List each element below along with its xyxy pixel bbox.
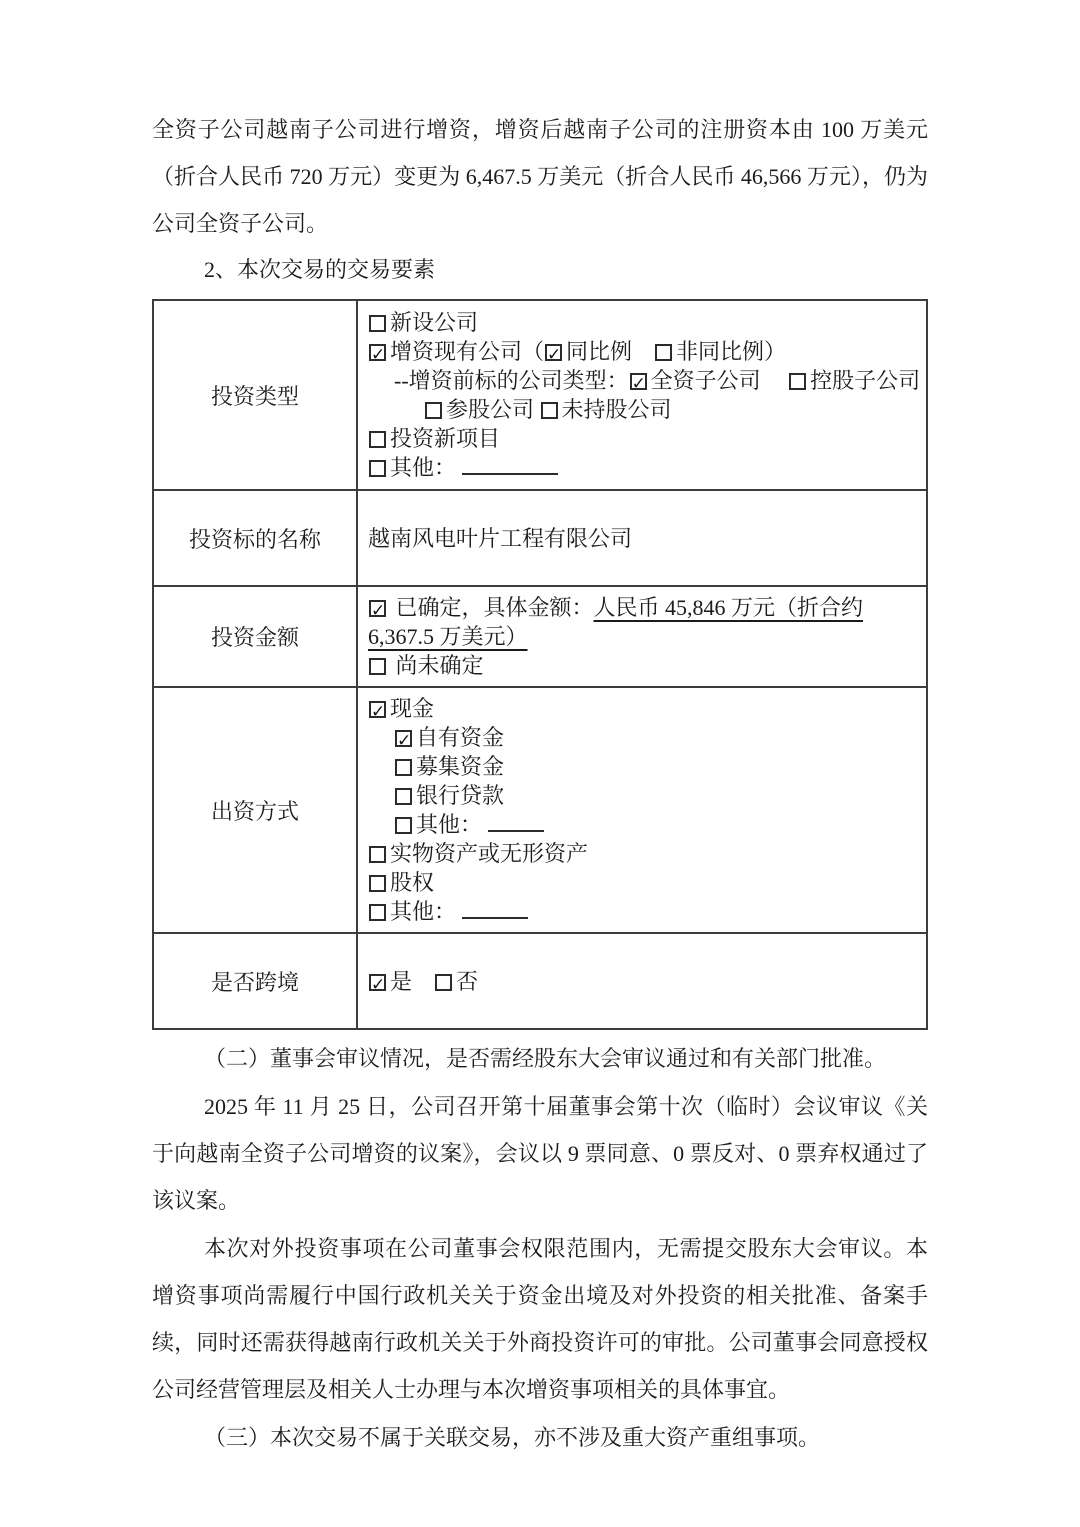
row-content: 现金自有资金募集资金银行贷款其他：实物资产或无形资产股权其他： — [357, 687, 927, 933]
text-segment: 是 否 — [368, 969, 478, 994]
cell-line: --增资前标的公司类型：全资子公司 控股子公司 — [368, 366, 912, 395]
transaction-elements-table: 投资类型新设公司增资现有公司（同比例 非同比例）--增资前标的公司类型：全资子公… — [152, 299, 928, 1030]
cell-line: 现金 — [368, 694, 912, 723]
checkbox-unchecked-icon — [655, 344, 672, 361]
cell-line: 银行贷款 — [368, 781, 912, 810]
blank-underline — [462, 901, 528, 919]
text-segment: 其他： — [368, 899, 456, 924]
checkbox-unchecked-icon — [789, 373, 806, 390]
intro-paragraph: 全资子公司越南子公司进行增资，增资后越南子公司的注册资本由 100 万美元（折合… — [152, 106, 928, 247]
section-heading: 2、本次交易的交易要素 — [152, 249, 928, 291]
board-review-heading: （二）董事会审议情况，是否需经股东大会审议通过和有关部门批准。 — [152, 1035, 928, 1082]
text-segment: 尚未确定 — [368, 653, 484, 678]
cell-line: 其他： — [368, 810, 912, 839]
text-segment: 投资新项目 — [368, 426, 500, 451]
cell-line: 增资现有公司（同比例 非同比例） — [368, 337, 912, 366]
checkbox-checked-icon — [395, 730, 412, 747]
checkbox-unchecked-icon — [369, 315, 386, 332]
checkbox-checked-icon — [545, 344, 562, 361]
table-row: 是否跨境是 否 — [153, 933, 927, 1029]
board-meeting-paragraph: 2025 年 11 月 25 日，公司召开第十届董事会第十次（临时）会议审议《关… — [152, 1083, 928, 1224]
checkbox-unchecked-icon — [369, 875, 386, 892]
row-label: 投资标的名称 — [153, 490, 357, 586]
row-content: 新设公司增资现有公司（同比例 非同比例）--增资前标的公司类型：全资子公司 控股… — [357, 300, 927, 490]
text-segment: 增资现有公司（同比例 非同比例） — [368, 339, 786, 364]
checkbox-unchecked-icon — [395, 817, 412, 834]
text-segment: 实物资产或无形资产 — [368, 841, 588, 866]
cell-line: 自有资金 — [368, 723, 912, 752]
cell-line: 投资新项目 — [368, 424, 912, 453]
row-label: 投资类型 — [153, 300, 357, 490]
row-label: 投资金额 — [153, 586, 357, 687]
checkbox-unchecked-icon — [395, 759, 412, 776]
cell-line: 实物资产或无形资产 — [368, 839, 912, 868]
checkbox-checked-icon — [369, 974, 386, 991]
text-segment: 参股公司 未持股公司 — [424, 397, 672, 422]
checkbox-unchecked-icon — [369, 904, 386, 921]
cell-line: 其他： — [368, 897, 912, 926]
checkbox-unchecked-icon — [541, 402, 558, 419]
cell-line: 越南风电叶片工程有限公司 — [368, 524, 912, 553]
row-label: 出资方式 — [153, 687, 357, 933]
cell-line: 参股公司 未持股公司 — [368, 395, 912, 424]
text-segment: 银行贷款 — [394, 783, 504, 808]
checkbox-checked-icon — [630, 373, 647, 390]
cell-line: 募集资金 — [368, 752, 912, 781]
text-segment: 现金 — [368, 696, 434, 721]
text-segment: 募集资金 — [394, 754, 504, 779]
approval-paragraph: 本次对外投资事项在公司董事会权限范围内，无需提交股东大会审议。本增资事项尚需履行… — [152, 1225, 928, 1413]
checkbox-unchecked-icon — [369, 658, 386, 675]
checkbox-unchecked-icon — [369, 460, 386, 477]
checkbox-unchecked-icon — [395, 788, 412, 805]
text-segment: 其他： — [394, 812, 482, 837]
cell-line: 尚未确定 — [368, 651, 912, 680]
checkbox-checked-icon — [369, 600, 386, 617]
transaction-table-body: 投资类型新设公司增资现有公司（同比例 非同比例）--增资前标的公司类型：全资子公… — [153, 300, 927, 1029]
text-segment: 股权 — [368, 870, 434, 895]
text-segment: 新设公司 — [368, 310, 478, 335]
cell-line: 其他： — [368, 453, 912, 482]
cell-line: 股权 — [368, 868, 912, 897]
table-row: 投资金额 已确定，具体金额：人民币 45,846 万元（折合约 6,367.5 … — [153, 586, 927, 687]
table-row: 投资标的名称越南风电叶片工程有限公司 — [153, 490, 927, 586]
row-content: 越南风电叶片工程有限公司 — [357, 490, 927, 586]
blank-underline — [462, 457, 558, 475]
row-label: 是否跨境 — [153, 933, 357, 1029]
cell-line: 是 否 — [368, 967, 912, 996]
table-row: 投资类型新设公司增资现有公司（同比例 非同比例）--增资前标的公司类型：全资子公… — [153, 300, 927, 490]
checkbox-unchecked-icon — [369, 431, 386, 448]
cell-line: 已确定，具体金额：人民币 45,846 万元（折合约 6,367.5 万美元） — [368, 593, 912, 651]
document-page: 全资子公司越南子公司进行增资，增资后越南子公司的注册资本由 100 万美元（折合… — [0, 0, 1080, 1527]
checkbox-unchecked-icon — [435, 974, 452, 991]
text-segment: 已确定，具体金额： — [368, 595, 594, 620]
checkbox-checked-icon — [369, 344, 386, 361]
related-transaction-paragraph: （三）本次交易不属于关联交易，亦不涉及重大资产重组事项。 — [152, 1414, 928, 1461]
row-content: 已确定，具体金额：人民币 45,846 万元（折合约 6,367.5 万美元） … — [357, 586, 927, 687]
text-segment: --增资前标的公司类型：全资子公司 控股子公司 — [394, 368, 920, 393]
checkbox-unchecked-icon — [369, 846, 386, 863]
text-segment: 其他： — [368, 455, 456, 480]
blank-underline — [488, 814, 544, 832]
cell-line: 新设公司 — [368, 308, 912, 337]
text-segment: 自有资金 — [394, 725, 504, 750]
text-segment: 越南风电叶片工程有限公司 — [368, 526, 632, 551]
checkbox-unchecked-icon — [425, 402, 442, 419]
row-content: 是 否 — [357, 933, 927, 1029]
checkbox-checked-icon — [369, 701, 386, 718]
table-row: 出资方式现金自有资金募集资金银行贷款其他：实物资产或无形资产股权其他： — [153, 687, 927, 933]
